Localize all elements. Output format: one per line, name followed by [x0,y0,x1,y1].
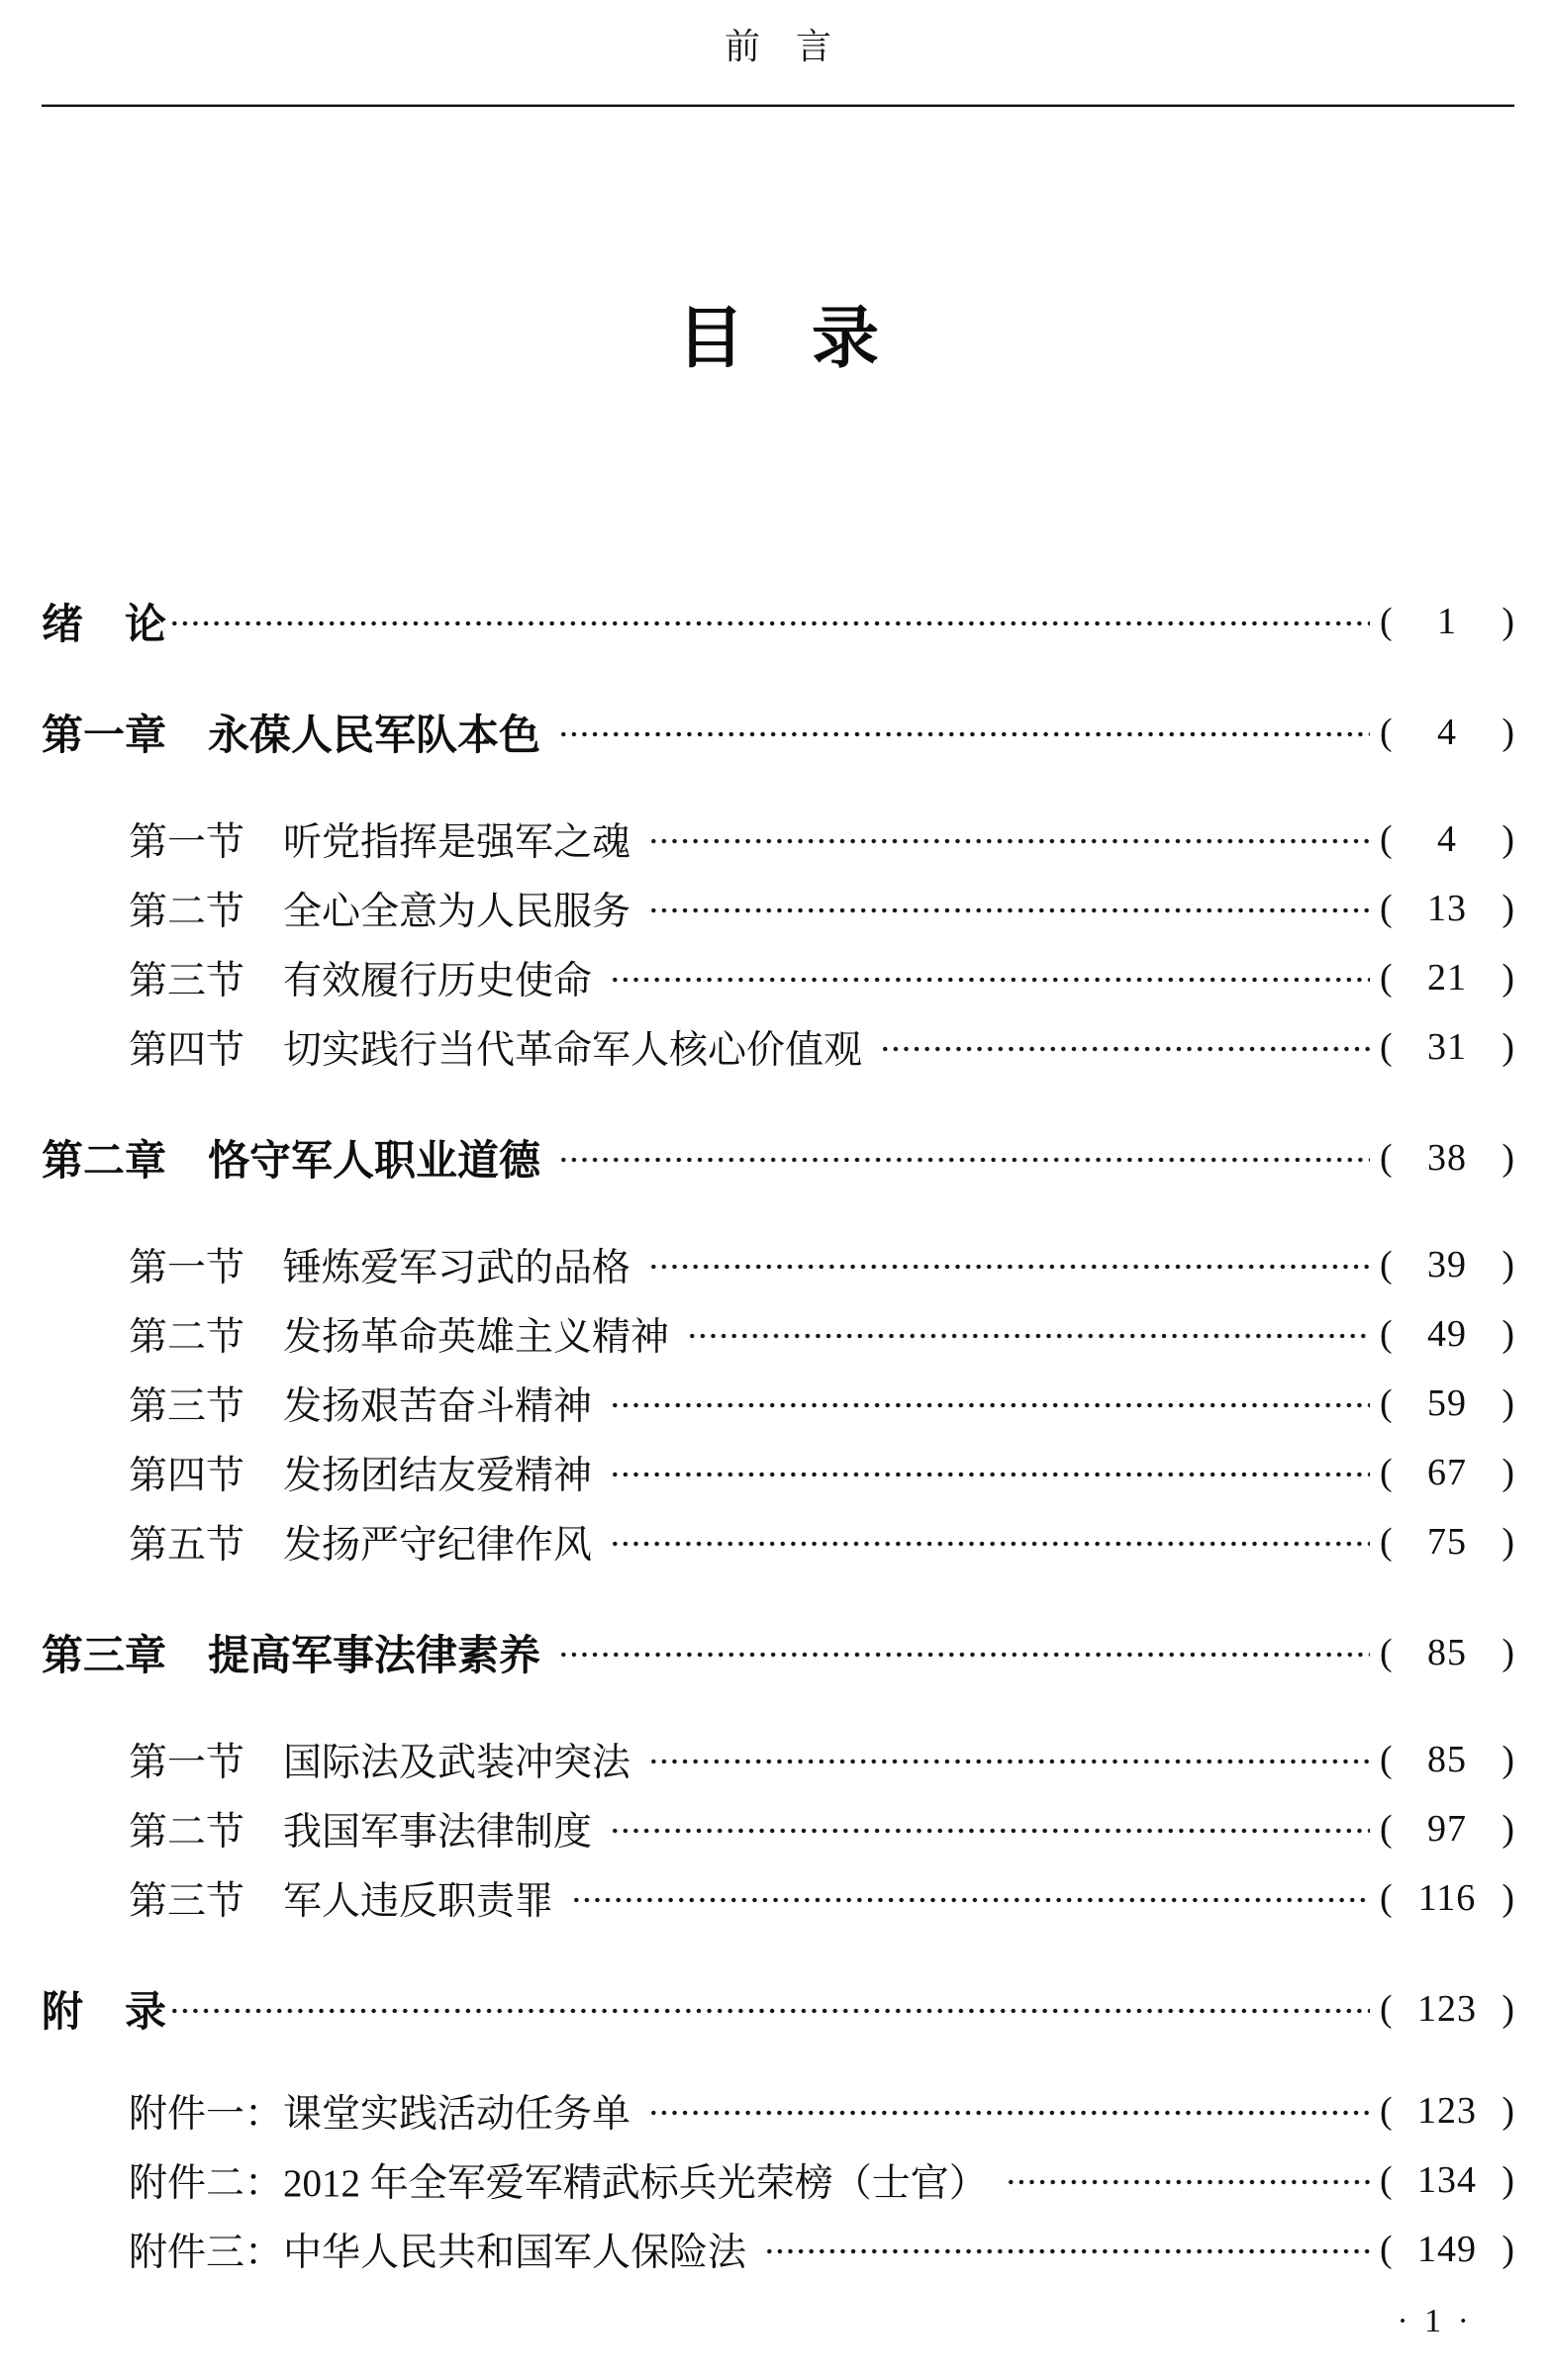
dot-leader [558,1153,1370,1167]
toc-row: 附件一：课堂实践活动任务单 ( 123 ) [42,2085,1514,2137]
dot-leader [648,904,1370,917]
paren-open: ( [1380,1025,1393,1069]
paren-close: ) [1502,1136,1514,1180]
toc-entry-page: ( 85 ) [1380,1631,1514,1674]
paren-open: ( [1380,1451,1393,1494]
toc-entry-page: ( 59 ) [1380,1381,1514,1425]
toc-entry-label: 第四节 发扬团结友爱精神 [129,1445,592,1500]
paren-open: ( [1380,2089,1393,2133]
toc-row: 附件二：2012 年全军爱军精武标兵光荣榜（士官） ( 134 ) [42,2154,1514,2206]
toc-entry-label: 附件三：中华人民共和国军人保险法 [129,2222,746,2277]
toc-entry-label: 绪 论 [42,592,166,651]
paren-close: ) [1502,2089,1514,2133]
toc-entry-label: 第二节 发扬革命英雄主义精神 [129,1306,669,1362]
toc-row: 第三节 有效履行历史使命 ( 21 ) [42,952,1514,1003]
paren-open: ( [1380,2228,1393,2271]
dot-leader [648,1755,1370,1768]
paren-open: ( [1380,1807,1393,1851]
paren-close: ) [1502,817,1514,861]
page-number: 31 [1393,1025,1502,1069]
paren-close: ) [1502,1520,1514,1564]
page-number: 116 [1393,1876,1502,1920]
toc-row: 第一节 国际法及武装冲突法 ( 85 ) [42,1734,1514,1785]
dot-leader [169,617,1370,630]
paren-open: ( [1380,711,1393,754]
toc-row: 绪 论 ( 1 ) [42,596,1514,647]
page-number: 38 [1393,1136,1502,1180]
dot-leader [648,2106,1370,2120]
toc-row: 第四节 切实践行当代革命军人核心价值观 ( 31 ) [42,1021,1514,1073]
toc-row: 第三节 发扬艰苦奋斗精神 ( 59 ) [42,1378,1514,1429]
toc-row: 第一节 锤炼爱军习武的品格 ( 39 ) [42,1239,1514,1290]
page-number: 75 [1393,1520,1502,1564]
toc-row: 第二节 全心全意为人民服务 ( 13 ) [42,883,1514,934]
toc-entry-page: ( 13 ) [1380,887,1514,930]
toc-row: 第二节 我国军事法律制度 ( 97 ) [42,1803,1514,1855]
toc-row: 第一节 听党指挥是强军之魂 ( 4 ) [42,813,1514,865]
toc-entry-page: ( 67 ) [1380,1451,1514,1494]
paren-close: ) [1502,1243,1514,1286]
dot-leader [610,1398,1370,1412]
toc-row: 第五节 发扬严守纪律作风 ( 75 ) [42,1516,1514,1568]
page-number: 149 [1393,2228,1502,2271]
toc-entry-label: 第二节 我国军事法律制度 [129,1801,592,1856]
paren-open: ( [1380,1876,1393,1920]
toc-entry-page: ( 85 ) [1380,1738,1514,1781]
paren-close: ) [1502,711,1514,754]
paren-open: ( [1380,1136,1393,1180]
paren-close: ) [1502,1987,1514,2031]
toc-entry-label: 第二章 恪守军人职业道德 [42,1128,540,1188]
toc-row: 第一章 永葆人民军队本色 ( 4 ) [42,707,1514,758]
page-number: 123 [1393,1987,1502,2031]
toc-entry-page: ( 38 ) [1380,1136,1514,1180]
paren-open: ( [1380,2158,1393,2202]
toc-entry-label: 第三节 有效履行历史使命 [129,950,592,1005]
toc-entry-label: 第四节 切实践行当代革命军人核心价值观 [129,1019,862,1075]
toc-row: 附 录 ( 123 ) [42,1983,1514,2035]
dot-leader [558,727,1370,741]
paren-open: ( [1380,1243,1393,1286]
paren-open: ( [1380,1381,1393,1425]
dot-leader [610,1468,1370,1481]
paren-open: ( [1380,1520,1393,1564]
paren-open: ( [1380,1738,1393,1781]
paren-close: ) [1502,1312,1514,1356]
paren-close: ) [1502,600,1514,643]
toc-entry-page: ( 1 ) [1380,600,1514,643]
dot-leader [687,1329,1370,1343]
toc-entry-label: 附件一：课堂实践活动任务单 [129,2083,630,2139]
paren-close: ) [1502,1738,1514,1781]
toc-row: 第三节 军人违反职责罪 ( 116 ) [42,1872,1514,1924]
page-number: 59 [1393,1381,1502,1425]
toc-entry-label: 第五节 发扬严守纪律作风 [129,1514,592,1570]
dot-leader [880,1042,1370,1056]
toc-entry-page: ( 31 ) [1380,1025,1514,1069]
dot-leader [169,2004,1370,2018]
page-number: 85 [1393,1738,1502,1781]
page-number: 97 [1393,1807,1502,1851]
paren-open: ( [1380,956,1393,1000]
page-number-footer: · 1 · [1397,2303,1473,2340]
toc-entry-page: ( 149 ) [1380,2228,1514,2271]
paren-open: ( [1380,817,1393,861]
toc-entry-page: ( 123 ) [1380,2089,1514,2133]
toc-entry-label: 附 录 [42,1979,166,2039]
toc-entry-page: ( 134 ) [1380,2158,1514,2202]
paren-close: ) [1502,2228,1514,2271]
toc-entry-label: 第一节 听党指挥是强军之魂 [129,811,630,867]
toc-entry-page: ( 123 ) [1380,1987,1514,2031]
toc-entry-label: 第一章 永葆人民军队本色 [42,703,540,762]
paren-close: ) [1502,2158,1514,2202]
page-number: 49 [1393,1312,1502,1356]
toc-entry-page: ( 116 ) [1380,1876,1514,1920]
paren-open: ( [1380,1987,1393,2031]
paren-open: ( [1380,1631,1393,1674]
page-number: 13 [1393,887,1502,930]
dot-leader [558,1648,1370,1662]
paren-close: ) [1502,1876,1514,1920]
page-number: 123 [1393,2089,1502,2133]
toc-row: 第四节 发扬团结友爱精神 ( 67 ) [42,1447,1514,1498]
toc-entry-page: ( 97 ) [1380,1807,1514,1851]
dot-leader [610,973,1370,987]
toc-row: 第二章 恪守军人职业道德 ( 38 ) [42,1132,1514,1184]
paren-open: ( [1380,887,1393,930]
toc-row: 第三章 提高军事法律素养 ( 85 ) [42,1627,1514,1678]
paren-close: ) [1502,1451,1514,1494]
page-number: 67 [1393,1451,1502,1494]
toc-entry-page: ( 4 ) [1380,711,1514,754]
toc-entry-label: 第一节 国际法及武装冲突法 [129,1732,630,1787]
paren-close: ) [1502,1381,1514,1425]
toc-entry-label: 第二节 全心全意为人民服务 [129,881,630,936]
page-number: 1 [1393,600,1502,643]
dot-leader [610,1537,1370,1551]
toc-row: 附件三：中华人民共和国军人保险法 ( 149 ) [42,2224,1514,2275]
page-number: 4 [1393,817,1502,861]
toc-entry-label: 第三章 提高军事法律素养 [42,1623,540,1682]
paren-close: ) [1502,887,1514,930]
toc-row: 第二节 发扬革命英雄主义精神 ( 49 ) [42,1308,1514,1360]
toc-entry-label: 第三节 军人违反职责罪 [129,1870,553,1926]
page-number: 21 [1393,956,1502,1000]
toc-entry-page: ( 75 ) [1380,1520,1514,1564]
paren-open: ( [1380,1312,1393,1356]
header-rule [42,104,1514,107]
toc-entry-page: ( 49 ) [1380,1312,1514,1356]
page-number: 134 [1393,2158,1502,2202]
dot-leader [648,1260,1370,1274]
paren-open: ( [1380,600,1393,643]
toc-page: 前 言 目 录 绪 论 ( 1 ) 第一章 永葆人民军队本色 ( 4 ) 第一节… [0,0,1550,2380]
dot-leader [610,1824,1370,1838]
toc-entry-page: ( 39 ) [1380,1243,1514,1286]
dot-leader [764,2244,1370,2258]
toc-entry-page: ( 21 ) [1380,956,1514,1000]
page-title: 目 录 [42,301,1514,376]
running-header: 前 言 [42,26,1514,68]
toc-entry-label: 第一节 锤炼爱军习武的品格 [129,1237,630,1292]
page-number: 39 [1393,1243,1502,1286]
dot-leader [648,834,1370,848]
toc-entry-label: 第三节 发扬艰苦奋斗精神 [129,1376,592,1431]
page-number: 4 [1393,711,1502,754]
paren-close: ) [1502,1025,1514,1069]
dot-leader [571,1893,1370,1907]
paren-close: ) [1502,1631,1514,1674]
dot-leader [1006,2175,1370,2189]
paren-close: ) [1502,1807,1514,1851]
page-number: 85 [1393,1631,1502,1674]
toc-entry-label: 附件二：2012 年全军爱军精武标兵光荣榜（士官） [129,2152,988,2208]
toc-entry-page: ( 4 ) [1380,817,1514,861]
paren-close: ) [1502,956,1514,1000]
toc-list: 绪 论 ( 1 ) 第一章 永葆人民军队本色 ( 4 ) 第一节 听党指挥是强军… [42,596,1514,2275]
